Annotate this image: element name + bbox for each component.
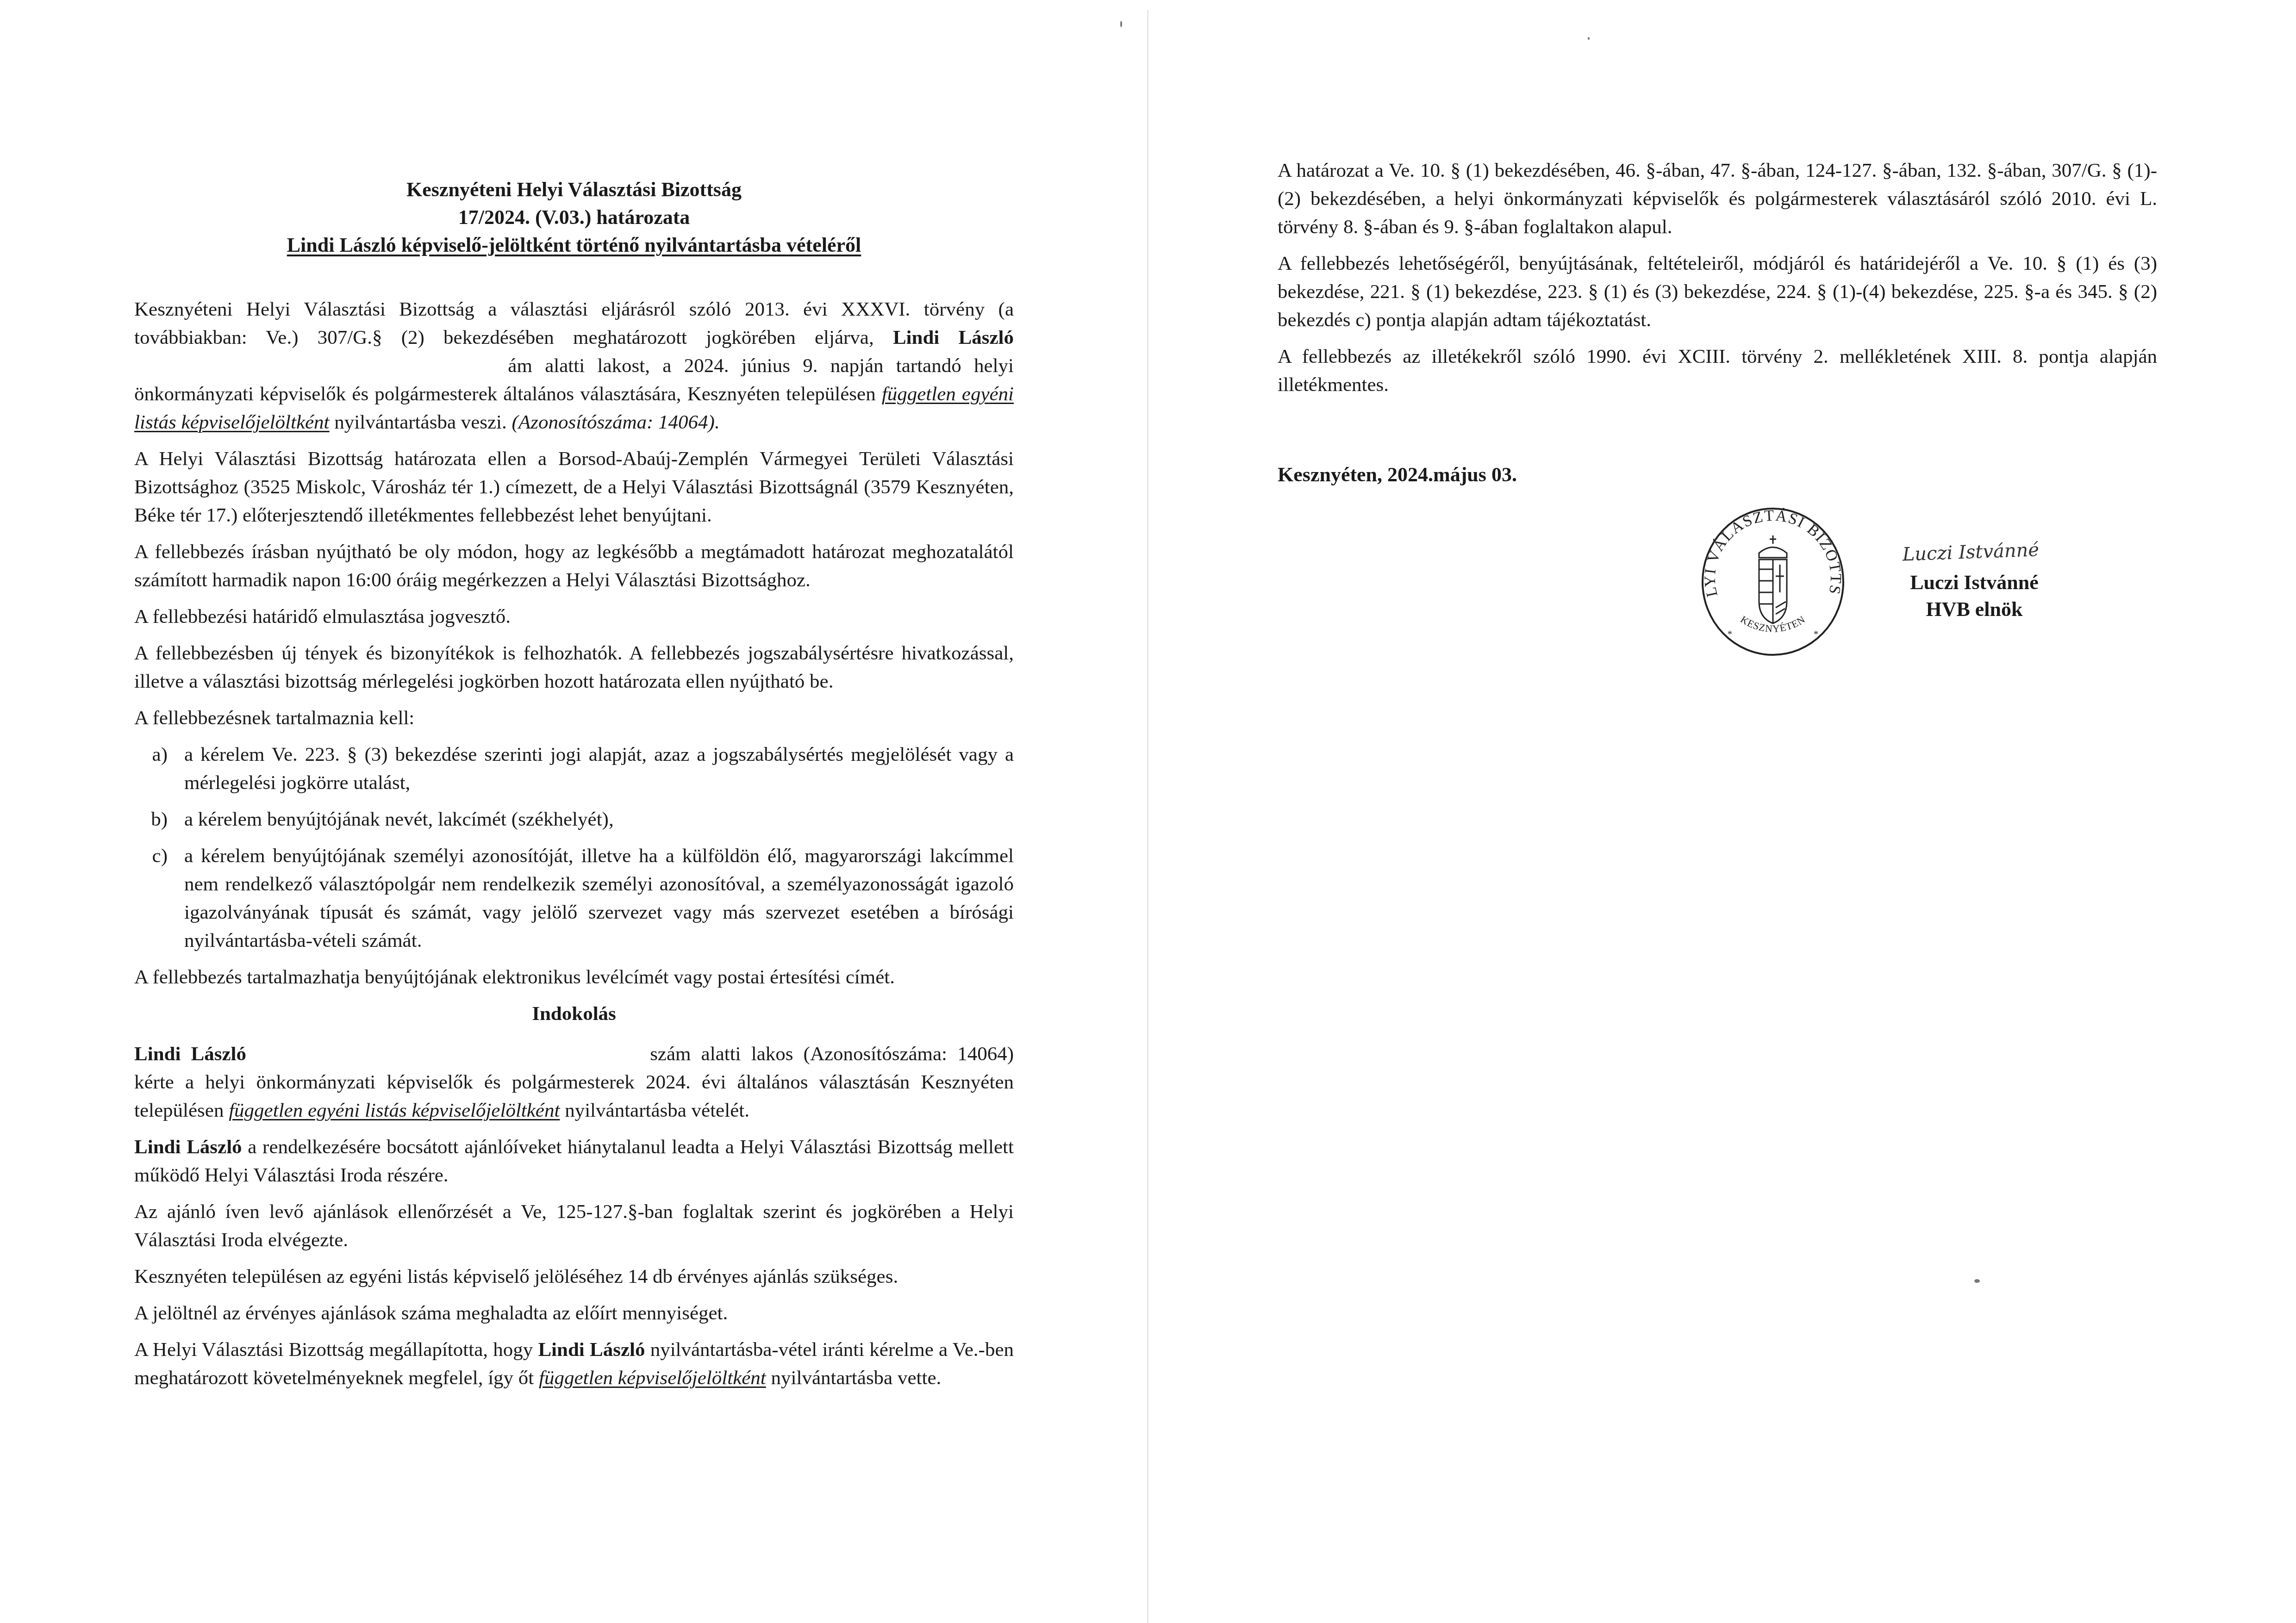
signatory-name: Luczi Istvánné [1898, 569, 2051, 596]
legal-basis-paragraph: A határozat a Ve. 10. § (1) bekezdésében… [1278, 156, 2157, 241]
scan-speck [1120, 21, 1122, 27]
decision-paragraph-5: A fellebbezésben új tények és bizonyíték… [134, 639, 1014, 696]
list-item: a) a kérelem Ve. 223. § (3) bekezdése sz… [134, 740, 1014, 797]
svg-text:HELYI VÁLASZTÁSI BIZOTTSÁG: HELYI VÁLASZTÁSI BIZOTTSÁG [1694, 502, 1844, 598]
decision-paragraph-4: A fellebbezési határidő elmulasztása jog… [134, 603, 1014, 631]
decision-paragraph-2: A Helyi Választási Bizottság határozata … [134, 445, 1014, 529]
signature-block: Luczi Istvánné Luczi Istvánné HVB elnök [1898, 541, 2051, 623]
reasoning-paragraph-4: Kesznyéten településen az egyéni listás … [134, 1262, 1014, 1291]
list-item: b) a kérelem benyújtójának nevét, lakcím… [134, 805, 1014, 833]
authority-heading: Kesznyéteni Helyi Választási Bizottság [134, 176, 1014, 204]
decision-subject: Lindi László képviselő-jelöltként történ… [134, 231, 1014, 259]
fee-info-paragraph: A fellebbezés az illetékekről szóló 1990… [1278, 342, 2157, 399]
decision-paragraph-6: A fellebbezésnek tartalmaznia kell: [134, 704, 1014, 732]
decision-number: 17/2024. (V.03.) határozata [134, 204, 1014, 231]
left-page-body: Kesznyéteni Helyi Választási Bizottság 1… [134, 176, 1014, 1400]
reasoning-paragraph-3: Az ajánló íven levő ajánlások ellenőrzés… [134, 1198, 1014, 1254]
official-stamp: HELYI VÁLASZTÁSI BIZOTTSÁG KESZNYÉTEN * … [1694, 502, 1852, 659]
scan-speck [1588, 37, 1590, 40]
scan-speck [1974, 1279, 1980, 1283]
candidate-name: Lindi László [893, 327, 1014, 348]
appeal-requirements-list: a) a kérelem Ve. 223. § (3) bekezdése sz… [134, 740, 1014, 955]
coat-of-arms-stamp-icon: HELYI VÁLASZTÁSI BIZOTTSÁG KESZNYÉTEN * … [1694, 502, 1852, 659]
reasoning-paragraph-6: A Helyi Választási Bizottság megállapíto… [134, 1336, 1014, 1392]
stamp-outer-text: HELYI VÁLASZTÁSI BIZOTTSÁG [1694, 502, 1844, 598]
decision-paragraph-1: Kesznyéteni Helyi Választási Bizottság a… [134, 295, 1014, 436]
place-and-date: Kesznyéten, 2024.május 03. [1278, 463, 1517, 486]
list-item: c) a kérelem benyújtójának személyi azon… [134, 842, 1014, 955]
svg-text:*: * [1728, 629, 1732, 640]
left-page: Kesznyéteni Helyi Választási Bizottság 1… [0, 0, 1147, 1623]
handwritten-signature: Luczi Istvánné [1902, 539, 2051, 572]
reasoning-paragraph-1: Lindi László szám alatti lakos (Azonosít… [134, 1040, 1014, 1125]
appeal-info-paragraph: A fellebbezés lehetőségéről, benyújtásán… [1278, 249, 2157, 334]
reasoning-paragraph-5: A jelöltnél az érvényes ajánlások száma … [134, 1299, 1014, 1327]
reasoning-paragraph-2: Lindi László a rendelkezésére bocsátott … [134, 1133, 1014, 1189]
svg-text:*: * [1814, 629, 1818, 640]
decision-paragraph-3: A fellebbezés írásban nyújtható be oly m… [134, 538, 1014, 594]
signatory-role: HVB elnök [1898, 596, 2051, 623]
candidate-id: (Azonosítószáma: 14064). [512, 411, 720, 433]
decision-paragraph-7: A fellebbezés tartalmazhatja benyújtóján… [134, 963, 1014, 991]
right-page-body: A határozat a Ve. 10. § (1) bekezdésében… [1278, 156, 2157, 407]
reasoning-title: Indokolás [134, 1000, 1014, 1028]
